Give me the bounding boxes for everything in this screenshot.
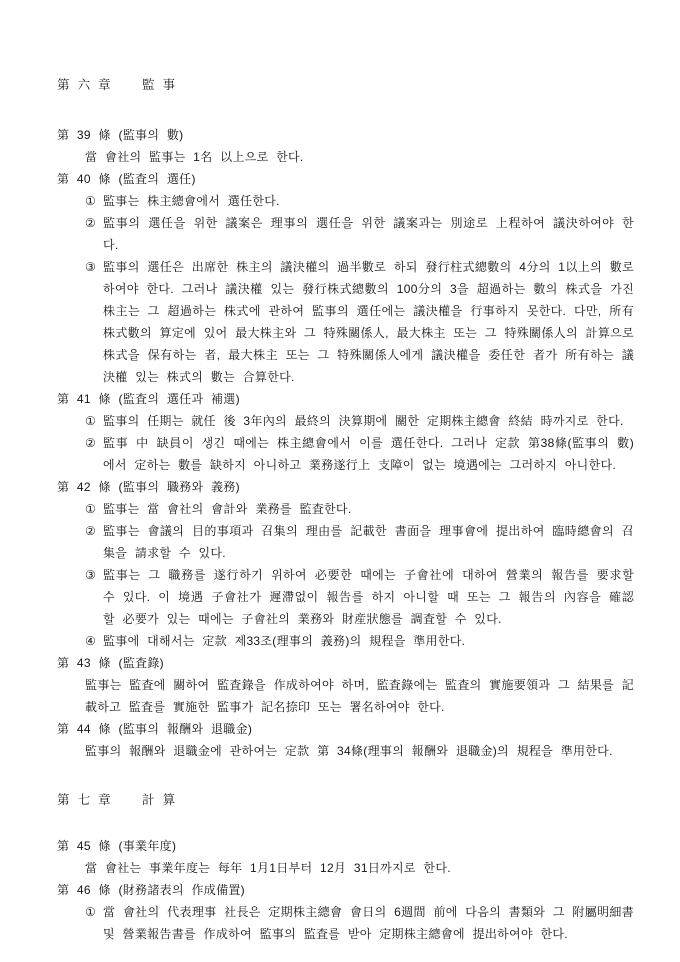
item-text: 監事는 當 會社의 會計와 業務를 監査한다. (103, 502, 351, 516)
item-marker: ② (85, 432, 96, 454)
article-44: 第 44 條 (監事의 報酬와 退職金) 監事의 報酬와 退職金에 관하여는 定… (57, 718, 634, 762)
article-item: ② 監事 中 缺員이 생긴 때에는 株主總會에서 이를 選任한다. 그러나 定款… (57, 432, 634, 476)
article-title: 第 43 條 (監査錄) (57, 652, 634, 674)
item-marker: ① (85, 410, 96, 432)
article-paragraph: 監事는 監査에 關하여 監査錄을 作成하여야 하며, 監査錄에는 監査의 實施要… (57, 674, 634, 718)
item-text: 監事에 대해서는 定款 제33조(理事의 義務)의 規程을 準用한다. (103, 634, 465, 648)
article-45: 第 45 條 (事業年度) 當 會社는 事業年度는 每年 1月1日부터 12月 … (57, 835, 634, 879)
article-item: ① 監事는 當 會社의 會計와 業務를 監査한다. (57, 498, 634, 520)
article-item: ① 監事는 株主總會에서 選任한다. (57, 190, 634, 212)
article-item: ② 監事의 選任을 위한 議案은 理事의 選任을 위한 議案과는 別途로 上程하… (57, 212, 634, 256)
article-item: ① 當 會社의 代表理事 社長은 定期株主總會 會日의 6週間 前에 다음의 書… (57, 901, 634, 945)
article-item: ④ 監事에 대해서는 定款 제33조(理事의 義務)의 規程을 準用한다. (57, 630, 634, 652)
chapter-seven: 第 七 章 計 算 第 45 條 (事業年度) 當 會社는 事業年度는 每年 1… (57, 789, 634, 945)
article-paragraph: 當 會社는 事業年度는 每年 1月1日부터 12月 31日까지로 한다. (57, 857, 634, 879)
item-text: 監事는 株主總會에서 選任한다. (103, 194, 280, 208)
item-marker: ① (85, 498, 96, 520)
article-42: 第 42 條 (監事의 職務와 義務) ① 監事는 當 會社의 會計와 業務를 … (57, 476, 634, 652)
article-item: ③ 監事의 選任은 出席한 株主의 議決權의 過半數로 하되 發行柱式總數의 4… (57, 256, 634, 388)
article-title: 第 42 條 (監事의 職務와 義務) (57, 476, 634, 498)
item-marker: ② (85, 520, 96, 542)
article-paragraph: 監事의 報酬와 退職金에 관하여는 定款 第 34條(理事의 報酬와 退職金)의… (57, 740, 634, 762)
document-page: 第 六 章 監 事 第 39 條 (監事의 數) 當 會社의 監事는 1名 以上… (0, 0, 680, 962)
article-title: 第 39 條 (監事의 數) (57, 124, 634, 146)
item-text: 監事의 任期는 就任 後 3年內의 最終의 決算期에 關한 定期株主總會 終結 … (103, 414, 624, 428)
item-text: 監事 中 缺員이 생긴 때에는 株主總會에서 이를 選任한다. 그러나 定款 第… (103, 436, 634, 472)
item-text: 監事의 選任을 위한 議案은 理事의 選任을 위한 議案과는 別途로 上程하여 … (103, 216, 634, 252)
item-marker: ④ (85, 630, 96, 652)
item-marker: ② (85, 212, 96, 234)
chapter-heading: 第 七 章 計 算 (57, 789, 634, 811)
chapter-heading: 第 六 章 監 事 (57, 74, 634, 96)
article-title: 第 46 條 (財務諸表의 作成備置) (57, 879, 634, 901)
article-item: ② 監事는 會議의 目的事項과 召集의 理由를 記載한 書面을 理事會에 提出하… (57, 520, 634, 564)
article-title: 第 44 條 (監事의 報酬와 退職金) (57, 718, 634, 740)
article-paragraph: 當 會社의 監事는 1名 以上으로 한다. (57, 146, 634, 168)
item-marker: ③ (85, 564, 96, 586)
article-41: 第 41 條 (監査의 選任과 補選) ① 監事의 任期는 就任 後 3年內의 … (57, 388, 634, 476)
article-item: ③ 監事는 그 職務를 遂行하기 위하여 必要한 때에는 子會社에 대하여 營業… (57, 564, 634, 630)
item-text: 監事는 그 職務를 遂行하기 위하여 必要한 때에는 子會社에 대하여 營業의 … (103, 568, 634, 626)
article-43: 第 43 條 (監査錄) 監事는 監査에 關하여 監査錄을 作成하여야 하며, … (57, 652, 634, 718)
article-40: 第 40 條 (監査의 選任) ① 監事는 株主總會에서 選任한다. ② 監事의… (57, 168, 634, 388)
article-title: 第 40 條 (監査의 選任) (57, 168, 634, 190)
item-marker: ① (85, 190, 96, 212)
item-text: 監事는 會議의 目的事項과 召集의 理由를 記載한 書面을 理事會에 提出하여 … (103, 524, 634, 560)
item-text: 當 會社의 代表理事 社長은 定期株主總會 會日의 6週間 前에 다음의 書類와… (103, 905, 634, 941)
article-39: 第 39 條 (監事의 數) 當 會社의 監事는 1名 以上으로 한다. (57, 124, 634, 168)
item-marker: ① (85, 901, 96, 923)
article-item: ① 監事의 任期는 就任 後 3年內의 最終의 決算期에 關한 定期株主總會 終… (57, 410, 634, 432)
article-46: 第 46 條 (財務諸表의 作成備置) ① 當 會社의 代表理事 社長은 定期株… (57, 879, 634, 945)
item-text: 監事의 選任은 出席한 株主의 議決權의 過半數로 하되 發行柱式總數의 4分의… (103, 260, 634, 384)
article-title: 第 45 條 (事業年度) (57, 835, 634, 857)
article-title: 第 41 條 (監査의 選任과 補選) (57, 388, 634, 410)
chapter-six: 第 六 章 監 事 第 39 條 (監事의 數) 當 會社의 監事는 1名 以上… (57, 74, 634, 762)
item-marker: ③ (85, 256, 96, 278)
